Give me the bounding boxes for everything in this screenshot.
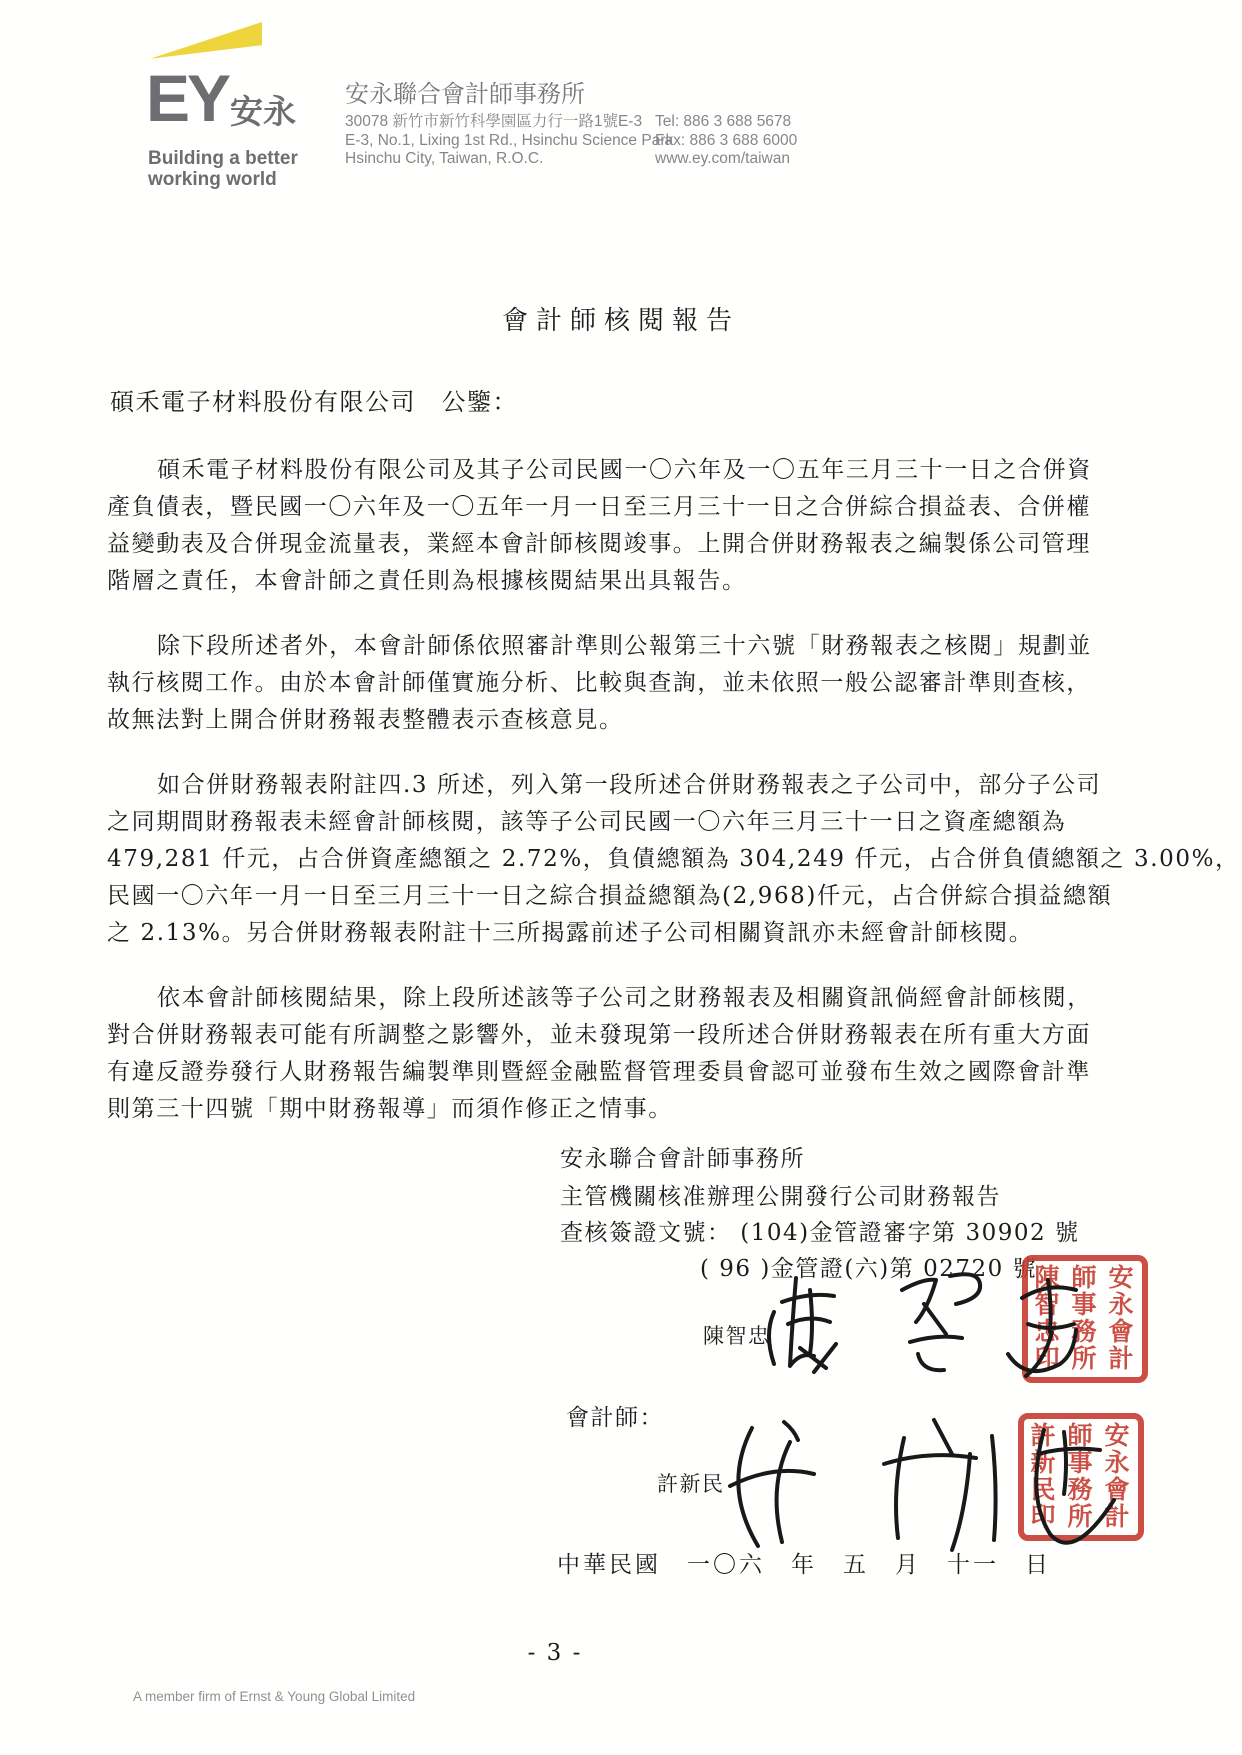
- ey-logo-cjk: 安永: [230, 94, 296, 130]
- signature-firm-name: 安永聯合會計師事務所: [560, 1140, 805, 1173]
- ey-logo: EY 安永: [146, 66, 296, 130]
- accountant1-signature: [752, 1262, 1120, 1390]
- body-line: 碩禾電子材料股份有限公司及其子公司民國一〇六年及一〇五年三月三十一日之合併資: [107, 452, 1143, 489]
- accountant-label: 會計師：: [566, 1399, 664, 1432]
- report-title: 會計師核閱報告: [0, 300, 1242, 337]
- body-line: 民國一〇六年一月一日至三月三十一日之綜合損益總額為(2,968)仟元，占合併綜合…: [107, 878, 1143, 915]
- body-line: 除下段所述者外，本會計師係依照審計準則公報第三十六號「財務報表之核閱」規劃並: [107, 628, 1143, 665]
- body-line: 則第三十四號「期中財務報導」而須作修正之情事。: [107, 1091, 1143, 1128]
- paragraph: 除下段所述者外，本會計師係依照審計準則公報第三十六號「財務報表之核閱」規劃並執行…: [107, 628, 1143, 739]
- body-line: 有違反證券發行人財務報告編製準則暨經金融監督管理委員會認可並發布生效之國際會計準: [107, 1054, 1143, 1091]
- ey-logo-text: EY: [146, 66, 228, 130]
- addressee-line: 碩禾電子材料股份有限公司 公鑒：: [110, 382, 518, 417]
- body-line: 之 2.13%。另合併財務報表附註十三所揭露前述子公司相關資訊亦未經會計師核閱。: [107, 915, 1143, 952]
- member-firm-footer: A member firm of Ernst & Young Global Li…: [133, 1689, 415, 1704]
- paragraph: 如合併財務報表附註四.3 所述，列入第一段所述合併財務報表之子公司中，部分子公司…: [107, 767, 1143, 952]
- paragraph: 依本會計師核閱結果，除上段所述該等子公司之財務報表及相關資訊倘經會計師核閱，對合…: [107, 980, 1143, 1128]
- body-line: 產負債表，暨民國一〇六年及一〇五年一月一日至三月三十一日之合併綜合損益表、合併權: [107, 489, 1143, 526]
- firm-name: 安永聯合會計師事務所: [345, 74, 585, 109]
- body-line: 對合併財務報表可能有所調整之影響外，並未發現第一段所述合併財務報表在所有重大方面: [107, 1017, 1143, 1054]
- body-line: 如合併財務報表附註四.3 所述，列入第一段所述合併財務報表之子公司中，部分子公司: [107, 767, 1143, 804]
- paragraph: 碩禾電子材料股份有限公司及其子公司民國一〇六年及一〇五年三月三十一日之合併資產負…: [107, 452, 1143, 600]
- body-line: 益變動表及合併現金流量表，業經本會計師核閱竣事。上開合併財務報表之編製係公司管理: [107, 526, 1143, 563]
- review-report-page: EY 安永 Building a better working world 安永…: [0, 0, 1242, 1755]
- ey-beam-icon: [150, 22, 262, 62]
- approval-line: 主管機關核准辦理公開發行公司財務報告: [560, 1178, 1001, 1211]
- filing-number-1: 查核簽證文號： (104)金管證審字第 30902 號: [560, 1214, 1079, 1247]
- ey-tagline: Building a better working world: [148, 148, 298, 190]
- body-line: 479,281 仟元，占合併資產總額之 2.72%，負債總額為 304,249 …: [107, 841, 1143, 878]
- accountant2-signature: [688, 1402, 1140, 1570]
- firm-address: 30078 新竹市新竹科學園區力行一路1號E-3 E-3, No.1, Lixi…: [345, 113, 673, 169]
- firm-contact: Tel: 886 3 688 5678 Fax: 886 3 688 6000 …: [655, 113, 797, 169]
- body-line: 依本會計師核閱結果，除上段所述該等子公司之財務報表及相關資訊倘經會計師核閱，: [107, 980, 1143, 1017]
- body-line: 故無法對上開合併財務報表整體表示查核意見。: [107, 702, 1143, 739]
- body-line: 階層之責任，本會計師之責任則為根據核閱結果出具報告。: [107, 563, 1143, 600]
- document-body: 碩禾電子材料股份有限公司及其子公司民國一〇六年及一〇五年三月三十一日之合併資產負…: [107, 452, 1143, 1156]
- body-line: 之同期間財務報表未經會計師核閱，該等子公司民國一〇六年三月三十一日之資產總額為: [107, 804, 1143, 841]
- body-line: 執行核閱工作。由於本會計師僅實施分析、比較與查詢，並未依照一般公認審計準則查核，: [107, 665, 1143, 702]
- page-number: - 3 -: [455, 1640, 655, 1666]
